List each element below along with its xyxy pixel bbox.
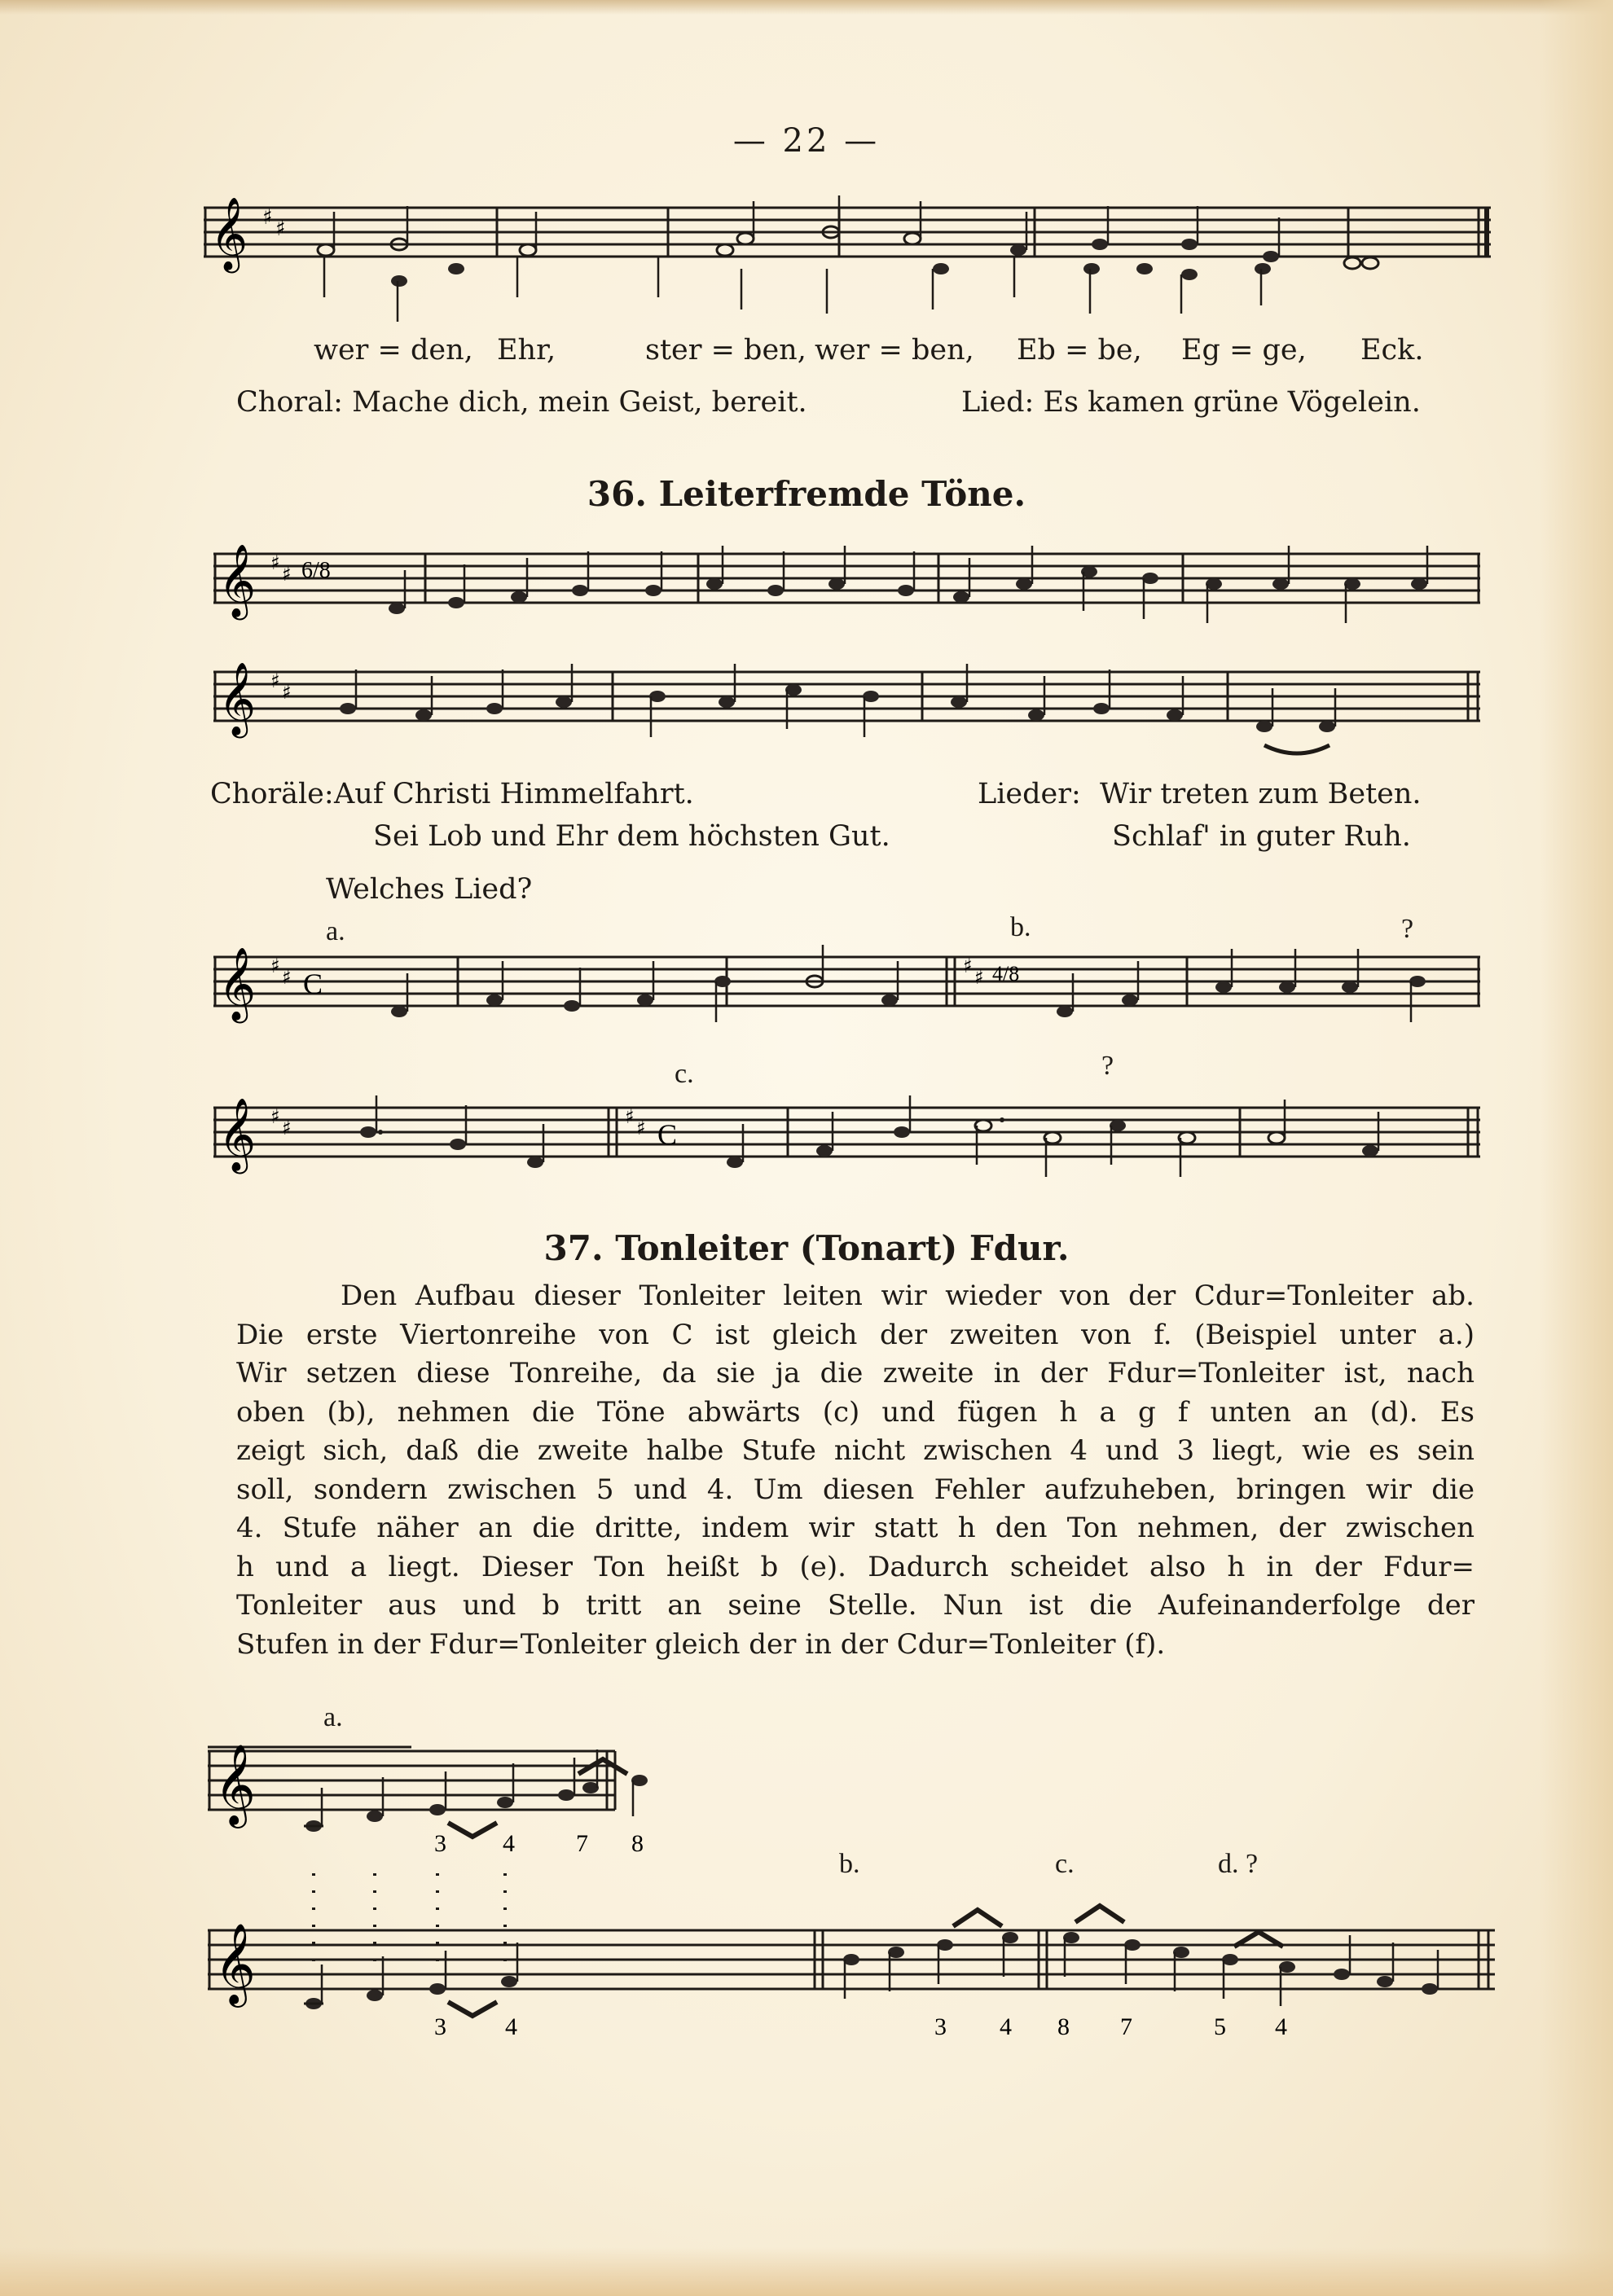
- svg-text:4: 4: [505, 2013, 517, 2040]
- svg-text:𝄞: 𝄞: [214, 1744, 256, 1828]
- lied-reference: Lied: Es kamen grüne Vögelein.: [961, 389, 1421, 417]
- lied-reference: Wir treten zum Beten.: [1100, 780, 1422, 809]
- lyric-syllable: wer = ben,: [815, 336, 974, 365]
- music-staff-top: 𝄞 ♯ ♯: [204, 200, 1499, 338]
- section-36-heading: 36. Leiterfremde Töne.: [0, 474, 1613, 514]
- svg-text:♯: ♯: [282, 563, 292, 586]
- music-staff-welches-lied-line2: 𝄞 ♯ ♯ ♯ ♯ C: [213, 1095, 1484, 1185]
- choral-reference: Auf Christi Himmelfahrt.: [334, 780, 694, 809]
- svg-text:𝄞: 𝄞: [214, 1923, 256, 2008]
- question-which-song: Welches Lied?: [326, 876, 532, 904]
- svg-text:♯: ♯: [282, 1117, 292, 1139]
- section-37-paragraph: Den Aufbau dieser Tonleiter leiten wir w…: [236, 1277, 1475, 1664]
- lied-reference: Schlaf' in guter Ruh.: [1112, 823, 1411, 851]
- svg-text:𝄞: 𝄞: [210, 197, 248, 274]
- svg-text:C: C: [657, 1118, 677, 1151]
- music-staff-example-bcd: 𝄞 3 4 3 4 8 7 5 4: [208, 1914, 1511, 2052]
- svg-text:𝄞: 𝄞: [218, 544, 256, 621]
- section-37-heading: 37. Tonleiter (Tonart) Fdur.: [0, 1228, 1613, 1268]
- lyric-syllable: ster = ben,: [645, 336, 806, 365]
- question-mark: ?: [1401, 914, 1413, 945]
- svg-text:♯: ♯: [282, 681, 292, 704]
- lyric-syllable: Eg = ge,: [1181, 336, 1307, 365]
- paragraph-line: Wir setzen diese Tonreihe, da sie ja die…: [236, 1354, 1475, 1394]
- svg-text:3: 3: [434, 1830, 446, 1857]
- svg-text:♯: ♯: [262, 205, 273, 230]
- svg-text:𝄞: 𝄞: [218, 662, 256, 739]
- svg-text:♯: ♯: [282, 966, 292, 989]
- svg-text:𝄞: 𝄞: [218, 1098, 256, 1174]
- lieder-label: Lieder:: [978, 780, 1081, 809]
- lyric-syllable: wer = den,: [314, 336, 473, 365]
- music-staff-36-line1: 𝄞 ♯ ♯ 6/8: [213, 542, 1484, 639]
- paragraph-line: Die erste Viertonreihe von C ist gleich …: [236, 1316, 1475, 1355]
- page-number: — 22 —: [0, 122, 1613, 160]
- svg-text:♯: ♯: [625, 1105, 635, 1128]
- example-label-c: c.: [1055, 1849, 1075, 1880]
- svg-text:4: 4: [1000, 2013, 1012, 2040]
- paragraph-line: Den Aufbau dieser Tonleiter leiten wir w…: [236, 1277, 1475, 1316]
- svg-text:8: 8: [1057, 2013, 1070, 2040]
- svg-text:4: 4: [503, 1830, 515, 1857]
- example-label-a: a.: [326, 916, 345, 947]
- svg-text:7: 7: [1120, 2013, 1132, 2040]
- svg-text:3: 3: [934, 2013, 947, 2040]
- choral-reference: Sei Lob und Ehr dem höchsten Gut.: [373, 823, 890, 851]
- svg-text:5: 5: [1214, 2013, 1226, 2040]
- svg-text:C: C: [303, 968, 323, 1000]
- svg-text:♯: ♯: [270, 1105, 280, 1128]
- paragraph-line: soll, sondern zwischen 5 und 4. Um diese…: [236, 1471, 1475, 1510]
- svg-text:♯: ♯: [974, 966, 984, 989]
- lyric-syllable: Ehr,: [497, 336, 556, 365]
- svg-text:♯: ♯: [270, 551, 280, 574]
- svg-text:4/8: 4/8: [992, 962, 1019, 986]
- choral-reference: Choral: Mache dich, mein Geist, bereit.: [236, 389, 807, 417]
- example-label-c: c.: [675, 1059, 694, 1090]
- lyric-syllable: Eck.: [1360, 336, 1424, 365]
- svg-text:♯: ♯: [275, 217, 286, 241]
- svg-text:8: 8: [631, 1830, 644, 1857]
- svg-text:𝄞: 𝄞: [218, 947, 256, 1024]
- paragraph-line: 4. Stufe näher an die dritte, indem wir …: [236, 1509, 1475, 1548]
- page-edge-top: [0, 0, 1613, 15]
- svg-text:♯: ♯: [963, 955, 973, 977]
- svg-text:6/8: 6/8: [301, 558, 331, 583]
- example-label-b: b.: [1010, 912, 1031, 943]
- page-edge-bottom: [0, 2247, 1613, 2296]
- paragraph-line: Tonleiter aus und b tritt an seine Stell…: [236, 1587, 1475, 1626]
- example-label-b: b.: [839, 1849, 860, 1880]
- paragraph-line: h und a liegt. Dieser Ton heißt b (e). D…: [236, 1548, 1475, 1587]
- svg-text:4: 4: [1275, 2013, 1287, 2040]
- paragraph-line: oben (b), nehmen die Töne abwärts (c) un…: [236, 1394, 1475, 1433]
- svg-text:♯: ♯: [636, 1117, 646, 1139]
- lyric-syllable: Eb = be,: [1017, 336, 1142, 365]
- svg-text:♯: ♯: [270, 955, 280, 977]
- paragraph-line: Stufen in der Fdur=Tonleiter gleich der …: [236, 1626, 1475, 1665]
- svg-text:3: 3: [434, 2013, 446, 2040]
- example-label-d: d. ?: [1218, 1849, 1258, 1880]
- paragraph-line: zeigt sich, daß die zweite halbe Stufe n…: [236, 1432, 1475, 1471]
- page-edge-right: [1540, 0, 1613, 2296]
- example-label-a: a.: [323, 1702, 343, 1733]
- choraele-label: Choräle:: [210, 780, 334, 809]
- music-staff-36-line2: 𝄞 ♯ ♯: [213, 660, 1484, 766]
- music-staff-welches-lied-line1: 𝄞 ♯ ♯ C ♯ ♯ 4/8: [213, 945, 1484, 1034]
- svg-text:♯: ♯: [270, 669, 280, 692]
- question-mark: ?: [1101, 1051, 1114, 1082]
- svg-text:7: 7: [576, 1830, 588, 1857]
